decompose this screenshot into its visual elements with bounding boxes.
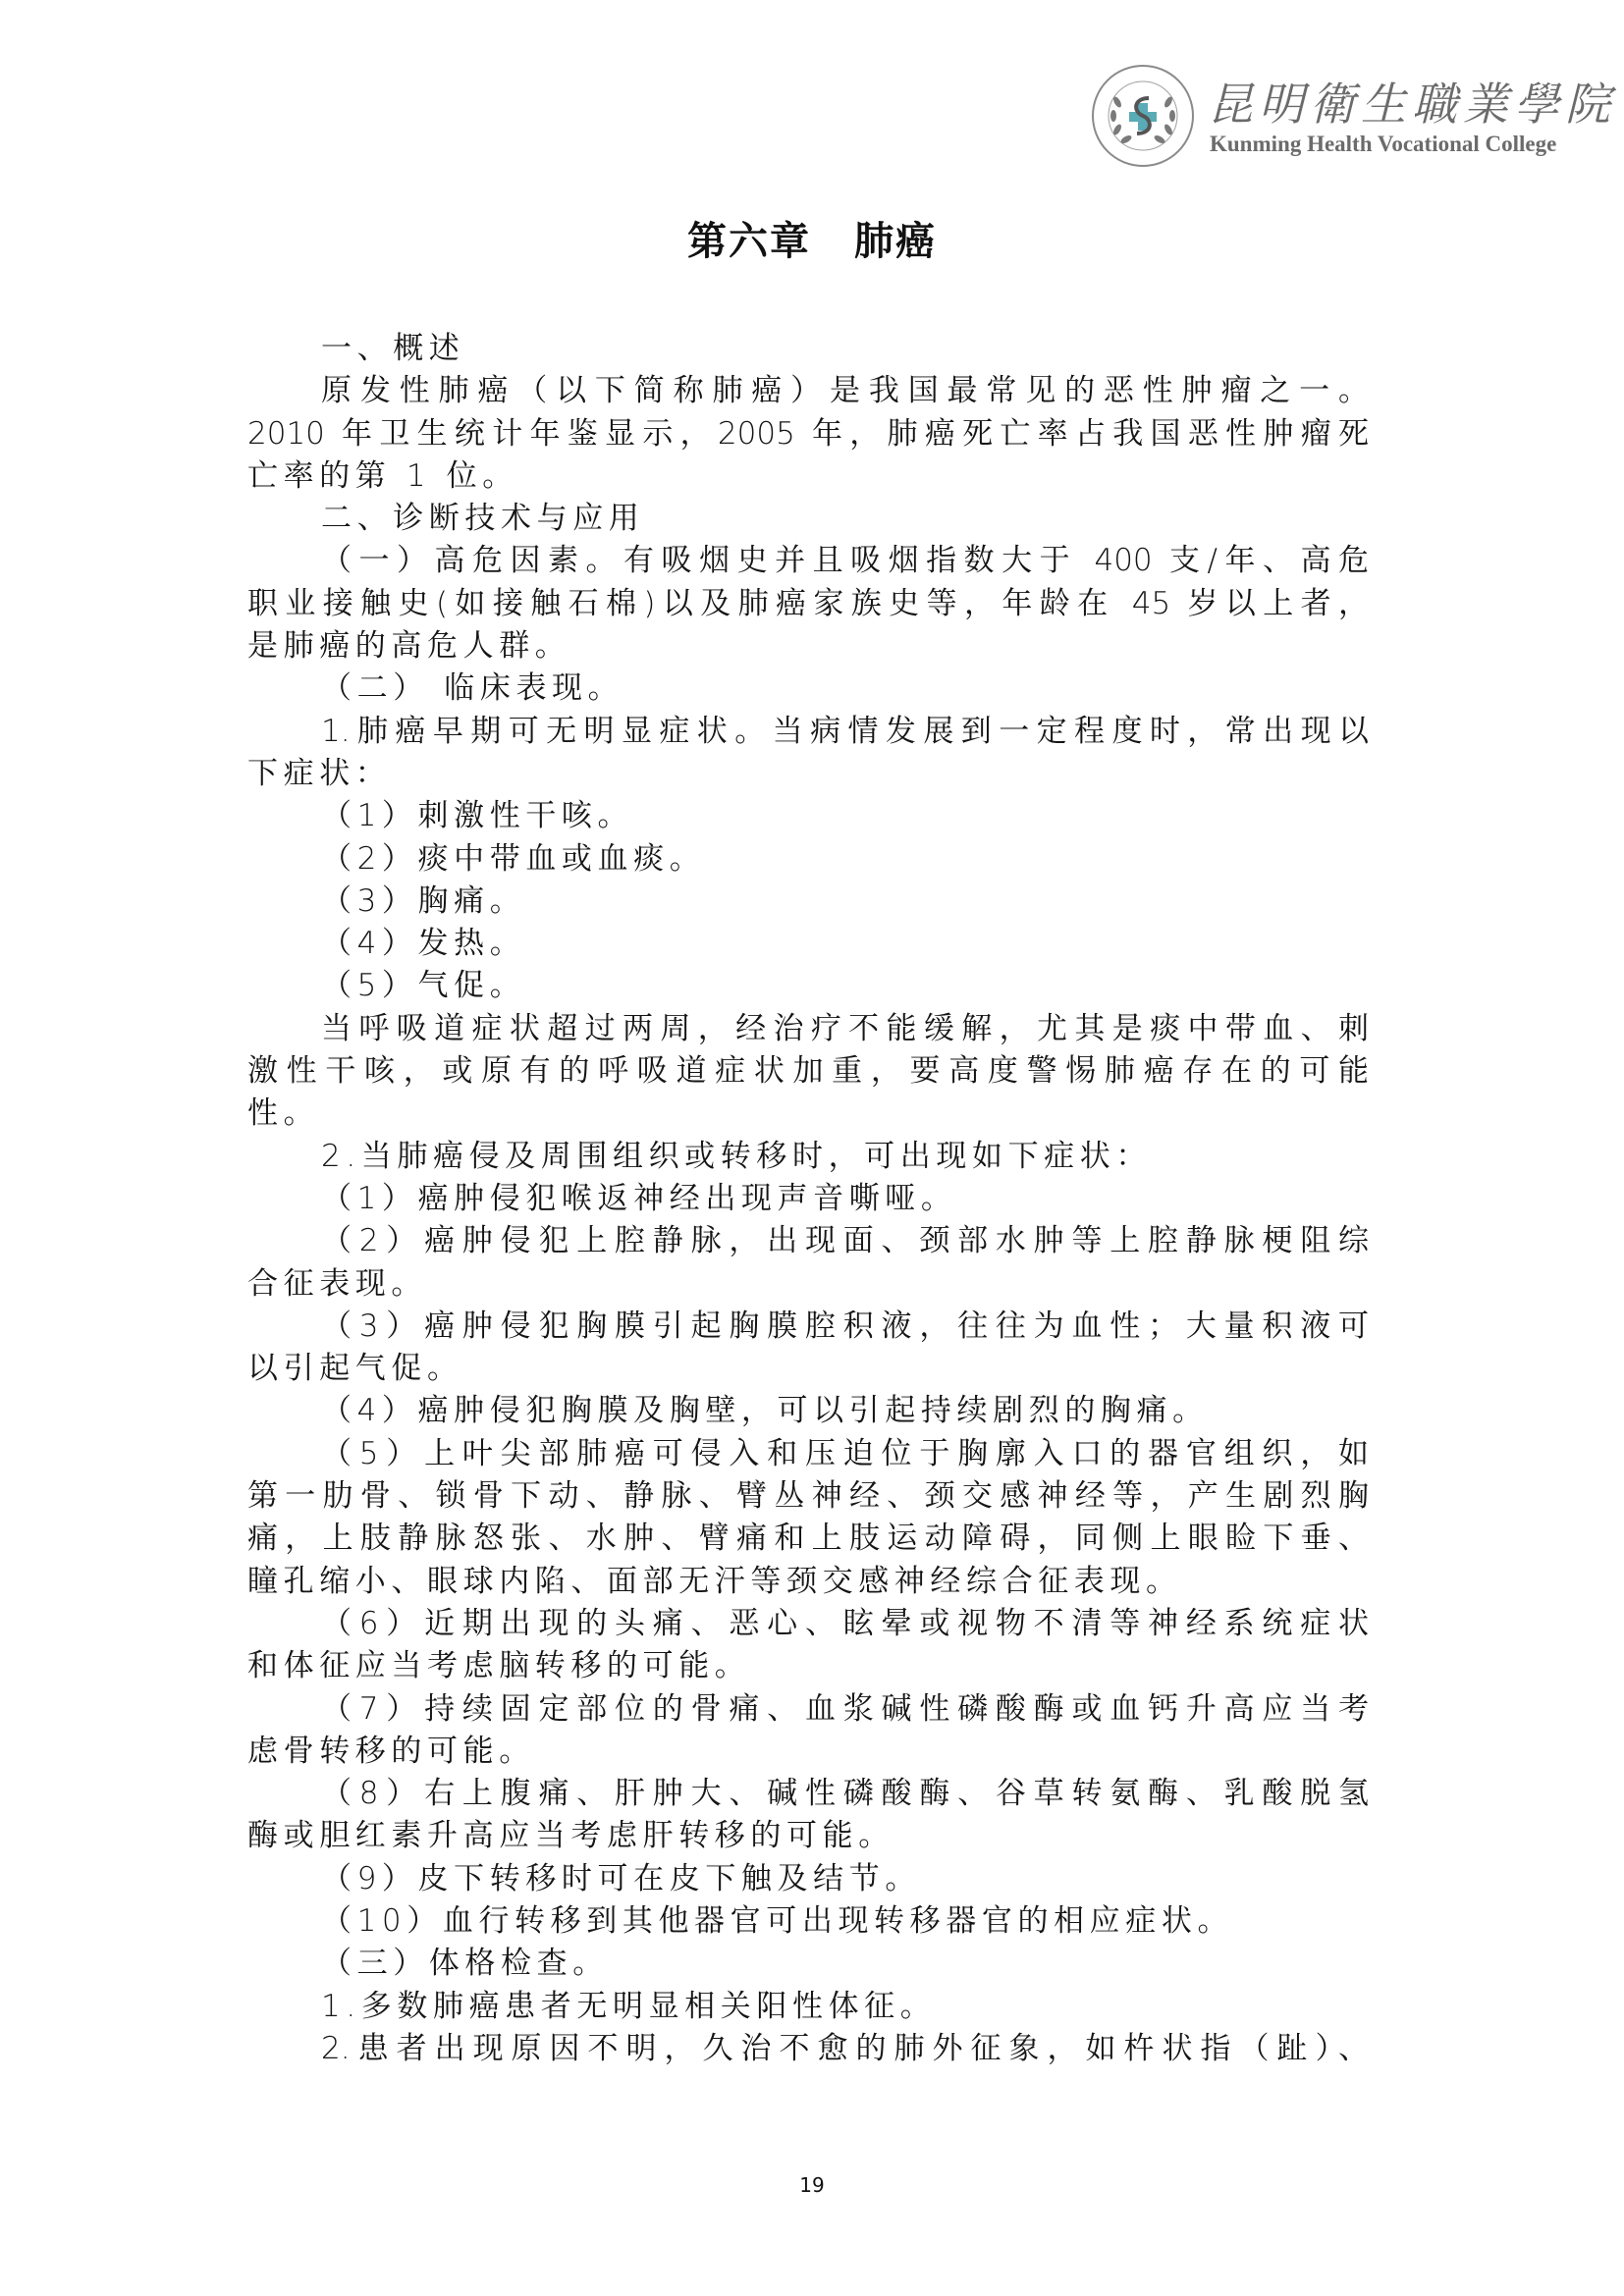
text-line: 是肺癌的高危人群。 <box>247 625 1369 667</box>
text-line: （2）癌肿侵犯上腔静脉，出现面、颈部水肿等上腔静脉梗阻综 <box>247 1220 1369 1262</box>
text-line: 激性干咳，或原有的呼吸道症状加重，要高度警惕肺癌存在的可能 <box>247 1050 1369 1093</box>
text-line: （6）近期出现的头痛、恶心、眩晕或视物不清等神经系统症状 <box>247 1603 1369 1645</box>
text-line: 一、概述 <box>247 328 1369 370</box>
text-line: （二） 临床表现。 <box>247 667 1369 710</box>
text-line: 1.肺癌早期可无明显症状。当病情发展到一定程度时，常出现以 <box>247 711 1369 753</box>
text-line: 二、诊断技术与应用 <box>247 498 1369 540</box>
chapter-title: 第六章肺癌 <box>0 210 1624 266</box>
text-line: 痛，上肢静脉怒张、水肿、臂痛和上肢运动障碍，同侧上眼睑下垂、 <box>247 1518 1369 1560</box>
text-line: 合征表现。 <box>247 1263 1369 1306</box>
text-line: 亡率的第 1 位。 <box>247 455 1369 498</box>
text-line: （3）胸痛。 <box>247 881 1369 923</box>
text-line: 职业接触史(如接触石棉)以及肺癌家族史等，年龄在 45 岁以上者， <box>247 583 1369 625</box>
text-line: （5）气促。 <box>247 965 1369 1007</box>
text-line: （4）癌肿侵犯胸膜及胸壁，可以引起持续剧烈的胸痛。 <box>247 1390 1369 1432</box>
college-name-english: Kunming Health Vocational College <box>1210 132 1556 157</box>
text-line: 2010 年卫生统计年鉴显示，2005 年，肺癌死亡率占我国恶性肿瘤死 <box>247 413 1369 455</box>
text-line: （8）右上腹痛、肝肿大、碱性磷酸酶、谷草转氨酶、乳酸脱氢 <box>247 1773 1369 1815</box>
text-line: （10）血行转移到其他器官可出现转移器官的相应症状。 <box>247 1900 1369 1943</box>
text-line: 2.当肺癌侵及周围组织或转移时，可出现如下症状： <box>247 1136 1369 1178</box>
text-line: （2）痰中带血或血痰。 <box>247 838 1369 881</box>
text-line: 第一肋骨、锁骨下动、静脉、臂丛神经、颈交感神经等，产生剧烈胸 <box>247 1475 1369 1518</box>
text-line: （一）高危因素。有吸烟史并且吸烟指数大于 400 支/年、高危 <box>247 540 1369 582</box>
text-line: 虑骨转移的可能。 <box>247 1731 1369 1773</box>
text-line: （5）上叶尖部肺癌可侵入和压迫位于胸廓入口的器官组织，如 <box>247 1433 1369 1475</box>
college-logo: 昆明衛生職業學院 Kunming Health Vocational Colle… <box>1090 63 1561 171</box>
text-line: 2.患者出现原因不明，久治不愈的肺外征象，如杵状指（趾）、 <box>247 2028 1369 2070</box>
text-line: （1）癌肿侵犯喉返神经出现声音嘶哑。 <box>247 1178 1369 1220</box>
text-line: （9）皮下转移时可在皮下触及结节。 <box>247 1858 1369 1900</box>
text-line: 瞳孔缩小、眼球内陷、面部无汗等颈交感神经综合征表现。 <box>247 1561 1369 1603</box>
text-line: （7）持续固定部位的骨痛、血浆碱性磷酸酶或血钙升高应当考 <box>247 1688 1369 1731</box>
text-line: 原发性肺癌（以下简称肺癌）是我国最常见的恶性肿瘤之一。 <box>247 370 1369 412</box>
text-line: 以引起气促。 <box>247 1348 1369 1390</box>
text-line: 下症状： <box>247 753 1369 795</box>
text-line: 酶或胆红素升高应当考虑肝转移的可能。 <box>247 1815 1369 1857</box>
text-line: （3）癌肿侵犯胸膜引起胸膜腔积液，往往为血性；大量积液可 <box>247 1306 1369 1348</box>
chapter-number: 第六章 <box>687 219 811 264</box>
text-line: 和体征应当考虑脑转移的可能。 <box>247 1645 1369 1687</box>
chapter-topic: 肺癌 <box>854 219 937 264</box>
text-line: 性。 <box>247 1093 1369 1135</box>
text-line: （1）刺激性干咳。 <box>247 795 1369 837</box>
college-name-chinese: 昆明衛生職業學院 <box>1208 69 1616 133</box>
text-line: 当呼吸道症状超过两周，经治疗不能缓解，尤其是痰中带血、刺 <box>247 1008 1369 1050</box>
text-line: （4）发热。 <box>247 923 1369 965</box>
page-number: 19 <box>0 2173 1624 2197</box>
document-body: 一、概述原发性肺癌（以下简称肺癌）是我国最常见的恶性肿瘤之一。2010 年卫生统… <box>247 328 1369 2070</box>
text-line: （三）体格检查。 <box>247 1943 1369 1985</box>
college-seal-icon <box>1090 63 1196 169</box>
text-line: 1.多数肺癌患者无明显相关阳性体征。 <box>247 1986 1369 2028</box>
